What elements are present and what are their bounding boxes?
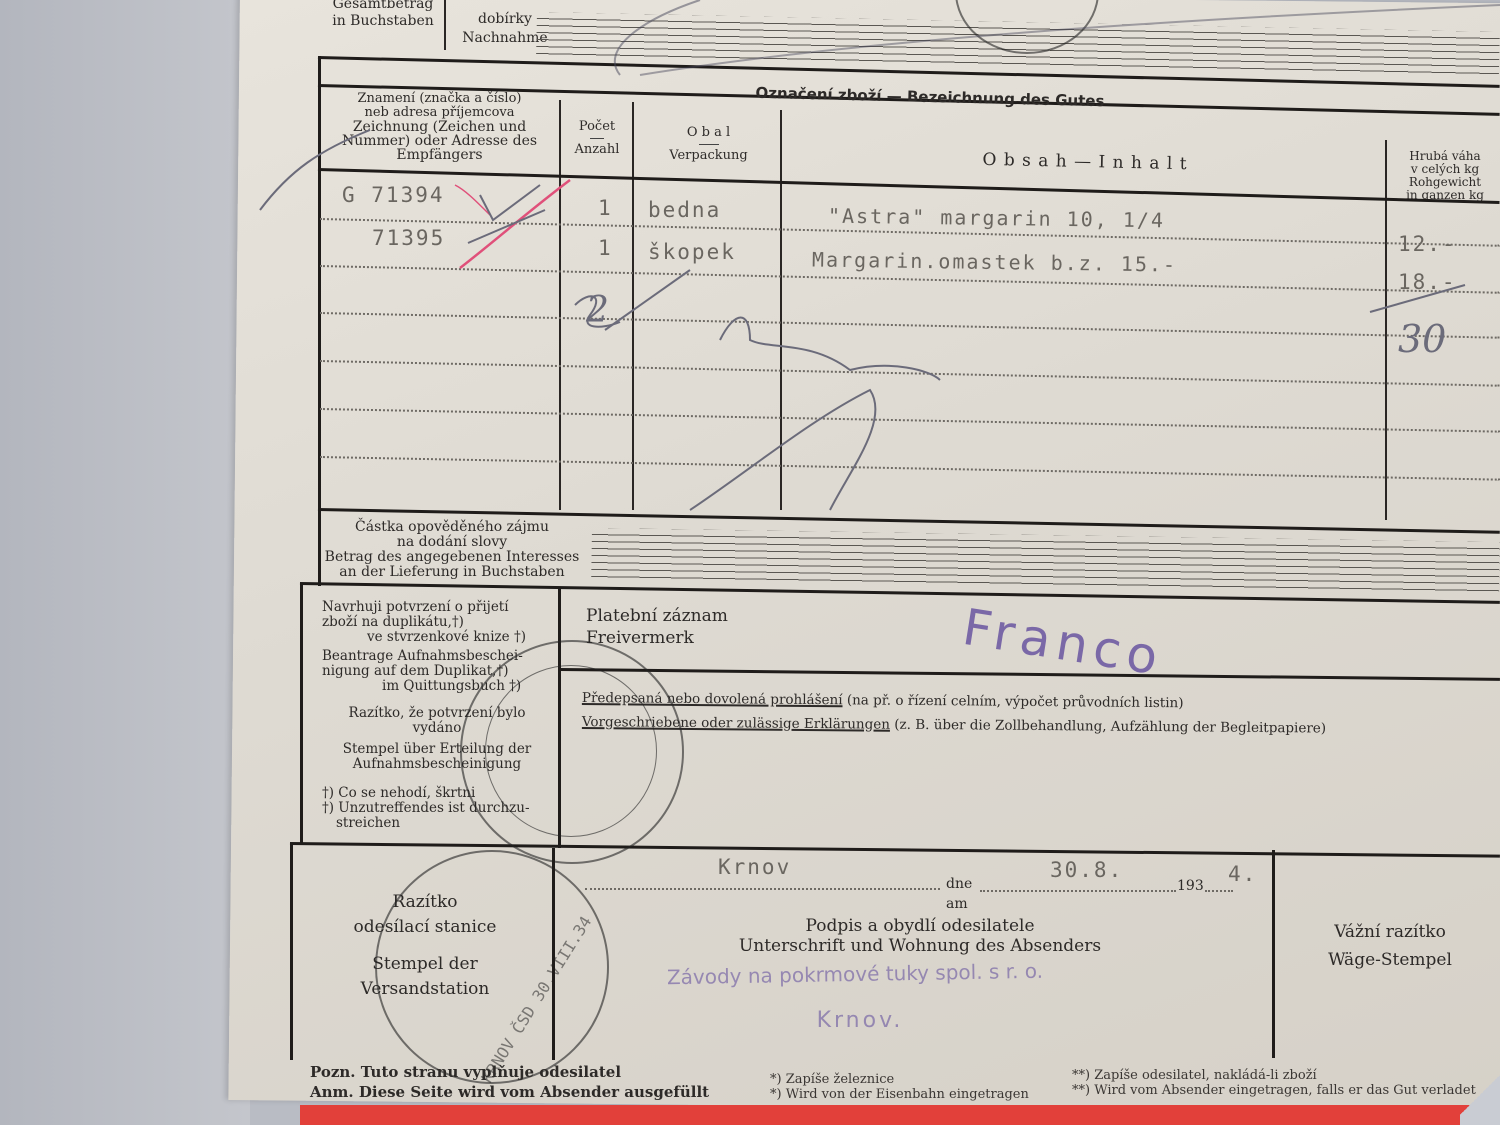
- receipt-line2: zboží na duplikátu,†): [322, 615, 552, 630]
- payment-label-cz: Platební záznam: [586, 605, 728, 627]
- year-prefix: 193: [1177, 878, 1204, 894]
- footer-note-de: Anm. Diese Seite wird vom Absender ausge…: [310, 1082, 709, 1102]
- left-border: [300, 585, 303, 845]
- handwritten-total-count: 2: [586, 290, 609, 331]
- place-field-line: [585, 888, 940, 890]
- station-divider: [552, 848, 555, 1060]
- svg-text:30: 30: [1398, 317, 1446, 361]
- company-stamp-line2: Krnov.: [760, 1008, 960, 1033]
- signature-label-de: Unterschrift und Wohnung des Absenders: [640, 936, 1200, 956]
- sender-place[interactable]: Krnov: [718, 855, 791, 879]
- receipt-line3: ve stvrzenkové knize †): [322, 630, 552, 645]
- amount-label-line2: in Buchstaben: [318, 13, 448, 30]
- receipt-line1: Navrhuji potvrzení o přijetí: [322, 600, 552, 615]
- station-postmark: [375, 850, 609, 1084]
- dne-label: dne: [946, 874, 972, 894]
- footer-star1-de: *) Wird von der Eisenbahn eingetragen: [770, 1087, 1029, 1102]
- receipt-postmark-inner: [485, 665, 657, 837]
- sender-date[interactable]: 30.8.: [1050, 858, 1123, 882]
- amount-label-line1: Gesamtbetrag: [318, 0, 448, 13]
- footer-note-cz: Pozn. Tuto stranu vyplňuje odesilatel: [310, 1062, 709, 1082]
- signature-label-cz: Podpis a obydlí odesilatele: [640, 916, 1200, 936]
- footer-star2-cz: **) Zapíše odesilatel, nakládá-li zboží: [1072, 1068, 1476, 1083]
- weighing-label-cz: Vážní razítko: [1280, 918, 1500, 946]
- year-field-line: [1205, 890, 1233, 892]
- declarations-cz-hint: (na př. o řízení celním, výpočet průvodn…: [847, 692, 1184, 711]
- interest-de-line2: an der Lieferung in Buchstaben: [312, 565, 592, 580]
- date-field-line: [980, 890, 1176, 892]
- left-border: [290, 845, 293, 1060]
- footer-star1-cz: *) Zapíše železnice: [770, 1072, 1029, 1087]
- background-surface: [0, 0, 250, 1125]
- am-label: am: [946, 894, 972, 914]
- top-pencil-strokes: [560, 0, 1500, 90]
- interest-cz-line1: Částka opověděného zájmu: [312, 520, 592, 535]
- interest-de-line1: Betrag des angegebenen Interesses: [312, 550, 592, 565]
- weighing-divider: [1272, 850, 1275, 1058]
- year-suffix[interactable]: 4.: [1228, 862, 1257, 886]
- handwriting-overlay: 30: [250, 90, 1500, 550]
- interest-cz-line2: na dodání slovy: [312, 535, 592, 550]
- footer-star2-de: **) Wird vom Absender eingetragen, falls…: [1072, 1083, 1476, 1098]
- weighing-label-de: Wäge-Stempel: [1280, 946, 1500, 974]
- divider: [444, 0, 446, 50]
- red-paper-edge: [300, 1105, 1500, 1125]
